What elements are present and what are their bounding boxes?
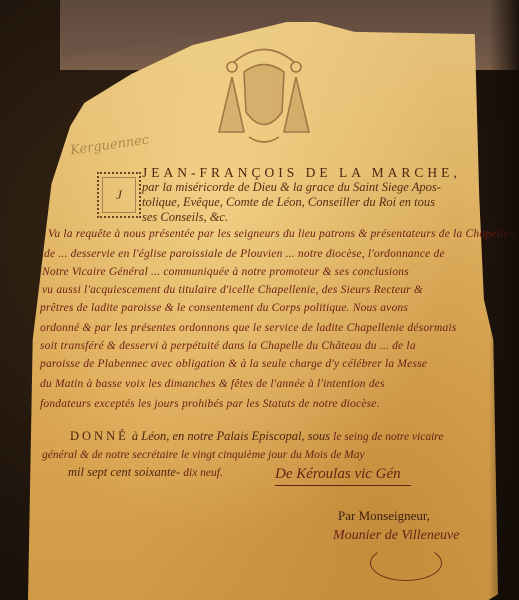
body-line: du Matin à basse voix les dimanches & fê… bbox=[40, 378, 385, 390]
body-line: Vu la requête à nous présentée par les s… bbox=[48, 228, 519, 240]
signature-flourish bbox=[370, 545, 442, 581]
given-line-3-hand: dix neuf. bbox=[183, 467, 223, 479]
body-line: soit transféré & desservi à perpétuité d… bbox=[40, 340, 416, 352]
ornamental-initial-seal: J bbox=[97, 172, 141, 218]
body-line: ordonné & par les présentes ordonnons qu… bbox=[40, 322, 456, 334]
par-monseigneur: Par Monseigneur, bbox=[338, 508, 430, 524]
body-line: prêtres de ladite paroisse & le consente… bbox=[40, 302, 408, 314]
given-line-1-print: à Léon, en notre Palais Episcopal, sous bbox=[132, 429, 330, 443]
given-line-1-hand: le seing de notre vicaire bbox=[333, 431, 443, 443]
body-line: de ... desservie en l'église paroissiale… bbox=[44, 248, 445, 260]
printed-header: JEAN-FRANÇOIS DE LA MARCHE, par la misér… bbox=[142, 165, 482, 225]
header-line-3: ses Conseils, &c. bbox=[142, 210, 482, 225]
vicar-signature: De Kéroulas vic Gén bbox=[275, 466, 411, 486]
given-line-2-mix: le vingt cinquième jour du Mois de May bbox=[181, 449, 365, 461]
coat-of-arms-icon bbox=[214, 37, 314, 147]
header-line-1: par la miséricorde de Dieu & la grace du… bbox=[142, 180, 482, 195]
bishop-name: JEAN-FRANÇOIS DE LA MARCHE, bbox=[142, 165, 482, 180]
header-line-2: tolique, Evêque, Comte de Léon, Conseill… bbox=[142, 195, 482, 210]
edge-shadow bbox=[489, 0, 519, 600]
seal-letter: J bbox=[116, 187, 122, 203]
given-line-2-hand: général & de notre secrétaire bbox=[42, 449, 178, 461]
body-line: paroisse de Plabennec avec obligation & … bbox=[40, 358, 427, 370]
body-line: Notre Vicaire Général ... communiquée à … bbox=[42, 266, 409, 278]
secretary-signature: Mounier de Villeneuve bbox=[333, 528, 459, 544]
body-line: vu aussi l'acquiescement du titulaire d'… bbox=[42, 284, 423, 296]
given-line-3-print: mil sept cent soixante- bbox=[68, 465, 180, 479]
given-lead: DONNÉ bbox=[70, 429, 129, 443]
body-line: fondateurs exceptés les jours prohibés p… bbox=[40, 398, 380, 410]
